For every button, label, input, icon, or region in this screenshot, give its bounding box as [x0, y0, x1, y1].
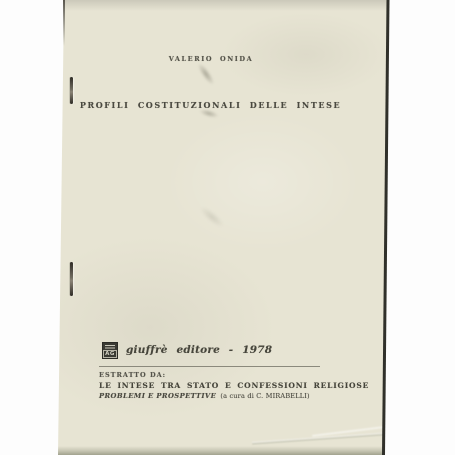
- extract-label: ESTRATTO DA:: [99, 371, 166, 379]
- scanned-offprint-photo: VALERIO ONIDA PROFILI COSTITUZIONALI DEL…: [0, 0, 455, 455]
- publisher-imprint: giuffrè editore - 1978: [126, 344, 272, 356]
- pamphlet-cover: VALERIO ONIDA PROFILI COSTITUZIONALI DEL…: [57, 0, 389, 455]
- staple-bottom: [70, 262, 73, 296]
- giuffre-logo-icon: AG: [102, 342, 118, 359]
- source-subtitle-line: PROBLEMI E PROSPETTIVE (a cura di C. MIR…: [99, 392, 310, 400]
- paper-crease: [252, 432, 387, 444]
- logo-monogram: AG: [103, 350, 117, 358]
- source-editor: (a cura di C. MIRABELLI): [220, 392, 309, 400]
- source-volume-title: LE INTESE TRA STATO E CONFESSIONI RELIGI…: [99, 381, 369, 390]
- paper-crease: [312, 425, 392, 437]
- logo-lines: [105, 345, 115, 349]
- stain-mark: [195, 61, 216, 87]
- divider-rule: [99, 366, 320, 367]
- source-subtitle: PROBLEMI E PROSPETTIVE: [99, 392, 216, 400]
- stain-mark: [197, 204, 226, 231]
- page-title: PROFILI COSTITUZIONALI DELLE INTESE: [57, 100, 364, 110]
- author-name: VALERIO ONIDA: [57, 55, 365, 63]
- underlying-page-edge: [63, 0, 65, 46]
